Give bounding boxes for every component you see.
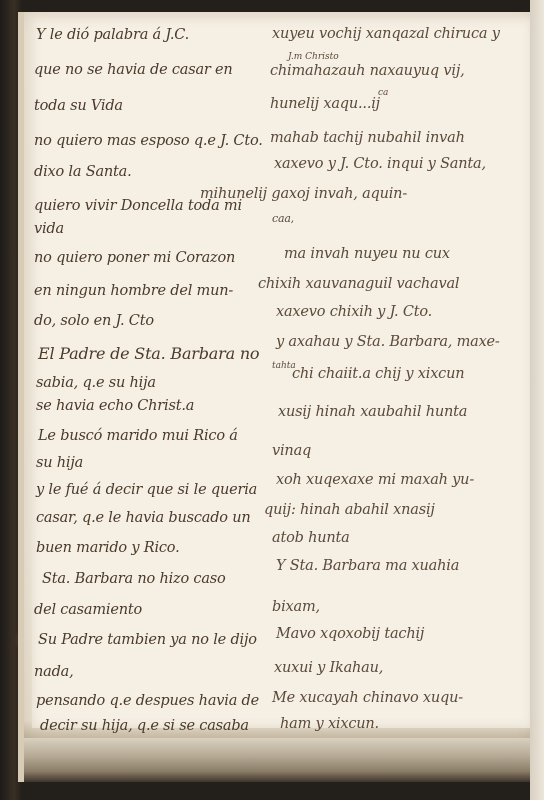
right-line-5: xaxevo y J. Cto. inqui y Santa, xyxy=(274,156,486,172)
right-line-20: bixam, xyxy=(272,599,320,615)
right-line-2: chimahazauh naxauyuq vij, xyxy=(270,63,465,79)
left-line-1: Y le dió palabra á J.C. xyxy=(36,27,189,43)
right-line-18: atob hunta xyxy=(272,530,350,546)
left-line-12: sabia, q.e su hija xyxy=(36,375,156,391)
left-line-2: que no se havia de casar en xyxy=(34,62,233,78)
right-line-10: xaxevo chixih y J. Cto. xyxy=(276,304,432,320)
right-line-15: vinaq xyxy=(272,443,311,459)
page-bottom-edge xyxy=(24,738,530,782)
left-line-16: y le fué á decir que si le queria xyxy=(36,482,257,498)
left-line-3: toda su Vida xyxy=(34,98,123,114)
right-line-16: xoh xuqexaxe mi maxah yu- xyxy=(276,472,474,488)
gloss-1: J.m Christo xyxy=(288,52,339,62)
right-line-9: chixih xauvanaguil vachaval xyxy=(258,276,459,292)
right-line-19: Y Sta. Barbara ma xuahia xyxy=(276,558,459,574)
right-line-21: Mavo xqoxobij tachij xyxy=(276,626,424,642)
left-line-17: casar, q.e le havia buscado un xyxy=(36,510,251,526)
left-line-24: decir su hija, q.e si se casaba xyxy=(40,718,249,734)
right-line-14: xusij hinah xaubahil hunta xyxy=(278,404,467,420)
left-line-23: pensando q.e despues havia de xyxy=(36,693,259,709)
right-line-23: Me xucayah chinavo xuqu- xyxy=(272,690,463,706)
right-line-24: ham y xixcun. xyxy=(280,716,379,732)
right-line-4: mahab tachij nubahil invah xyxy=(270,130,465,146)
left-line-20: del casamiento xyxy=(34,602,142,618)
right-line-22: xuxui y Ikahau, xyxy=(274,660,383,676)
left-line-19: Sta. Barbara no hizo caso xyxy=(42,571,226,587)
left-line-21: Su Padre tambien ya no le dijo xyxy=(38,632,257,648)
left-line-22: nada, xyxy=(34,664,74,680)
right-line-1: xuyeu vochij xanqazal chiruca y xyxy=(272,26,500,42)
right-line-13: chi chaiit.a chij y xixcun xyxy=(292,366,464,382)
left-line-13: se havia echo Christ.a xyxy=(36,398,194,414)
left-line-15: su hija xyxy=(36,455,83,471)
left-line-8: no quiero poner mi Corazon xyxy=(34,250,235,266)
right-line-17: quij: hinah abahil xnasij xyxy=(264,502,435,518)
page-right-edge xyxy=(530,0,544,800)
left-line-5: dixo la Santa. xyxy=(34,164,132,180)
left-line-9: en ningun hombre del mun- xyxy=(34,283,233,299)
right-line-8: ma invah nuyeu nu cux xyxy=(284,246,450,262)
left-line-7: vida xyxy=(34,221,64,237)
right-line-6: mihunelij gaxoj invah, aquin- xyxy=(200,186,407,202)
left-line-18: buen marido y Rico. xyxy=(36,540,180,556)
left-line-11: El Padre de Sta. Barbara no xyxy=(38,344,259,363)
right-line-3: hunelij xaqu...ij xyxy=(270,96,380,112)
left-line-14: Le buscó marido mui Rico á xyxy=(38,428,238,444)
right-line-7: caa, xyxy=(272,212,294,225)
left-line-4: no quiero mas esposo q.e J. Cto. xyxy=(34,133,263,149)
left-line-10: do, solo en J. Cto xyxy=(34,313,154,329)
right-line-11: y axahau y Sta. Barbara, maxe- xyxy=(276,334,500,350)
